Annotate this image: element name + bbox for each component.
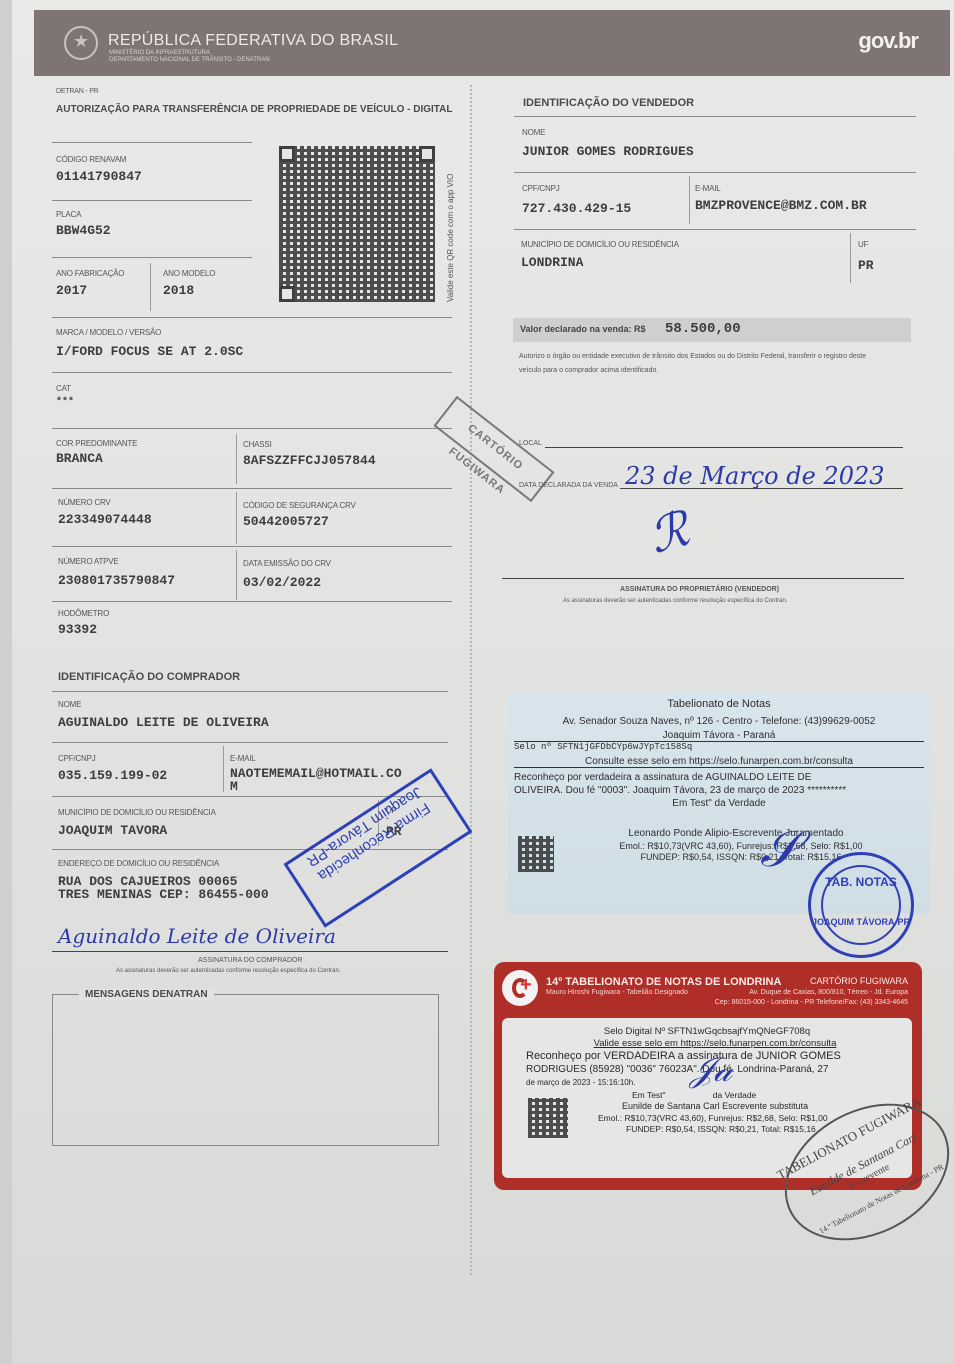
- chassi-value: 8AFSZZFFCJJ057844: [243, 453, 376, 468]
- cat-value: ***: [56, 397, 74, 408]
- mensagens-denatran-box: MENSAGENS DENATRAN: [52, 994, 439, 1146]
- seller-name-value: JUNIOR GOMES RODRIGUES: [522, 144, 694, 159]
- notary1-name: Tabelionato de Notas: [514, 698, 924, 710]
- hodometro-label: HODÔMETRO: [58, 609, 109, 618]
- notary1-qr-code[interactable]: [518, 836, 554, 872]
- buyer-endereco-label: ENDEREÇO DE DOMICÍLIO OU RESIDÊNCIA: [58, 859, 219, 868]
- valor-value: 58.500,00: [665, 321, 741, 337]
- divider: [52, 372, 452, 373]
- ano-modelo-value: 2018: [163, 283, 194, 298]
- ano-fabricacao-value: 2017: [56, 283, 87, 298]
- chassi-label: CHASSI: [243, 440, 272, 449]
- coat-of-arms-icon: [64, 26, 98, 60]
- buyer-endereco-line2: TRES MENINAS CEP: 86455-000: [58, 887, 269, 902]
- department-label: DEPARTAMENTO NACIONAL DE TRÂNSITO - DENA…: [109, 57, 270, 64]
- buyer-email-label: E-MAIL: [230, 754, 255, 763]
- renavam-label: CÓDIGO RENAVAM: [56, 155, 126, 164]
- cat-label: CAT: [56, 384, 71, 393]
- divider: [236, 492, 237, 544]
- ministry-label: MINISTÉRIO DA INFRAESTRUTURA: [109, 50, 270, 57]
- seller-cpf-label: CPF/CNPJ: [522, 184, 560, 193]
- cor-value: BRANCA: [56, 451, 103, 466]
- issuer-label: DETRAN - PR: [56, 88, 99, 95]
- notary2-qr-code[interactable]: [528, 1098, 568, 1138]
- notary2-text2: RODRIGUES (85928) "0036" 76023A". Dou fé…: [526, 1064, 829, 1075]
- notary2-text3: de março de 2023 - 15:16:10h.: [526, 1078, 635, 1087]
- cor-label: COR PREDOMINANTE: [56, 439, 137, 448]
- gov-header: REPÚBLICA FEDERATIVA DO BRASIL MINISTÉRI…: [34, 10, 950, 76]
- header-subtitle: MINISTÉRIO DA INFRAESTRUTURA DEPARTAMENT…: [109, 50, 270, 64]
- notary1-text2: OLIVEIRA. Dou fé "0003". Joaquim Távora,…: [514, 785, 924, 796]
- round-stamp-bottom: JOAQUIM TÁVORA-PR: [811, 917, 911, 927]
- tab-notas-round-stamp: TAB. NOTAS JOAQUIM TÁVORA-PR: [808, 852, 914, 958]
- divider: [52, 546, 452, 547]
- divider: [52, 691, 448, 692]
- hodometro-value: 93392: [58, 622, 97, 637]
- notary2-signature: 𝒥𝒶: [690, 1050, 732, 1090]
- buyer-signature: Aguinaldo Leite de Oliveira: [58, 924, 336, 948]
- round-stamp-top: TAB. NOTAS: [811, 875, 911, 889]
- ano-fabricacao-label: ANO FABRICAÇÃO: [56, 269, 124, 278]
- notary2-brand: CARTÓRIO FUGIWARA: [810, 976, 908, 986]
- divider: [150, 263, 151, 311]
- data-emissao-value: 03/02/2022: [243, 575, 321, 590]
- column-divider: [470, 85, 472, 1275]
- buyer-email-value: NAOTEMEMAIL@HOTMAIL.CO: [230, 766, 402, 781]
- notary1-city: Joaquim Távora - Paraná: [514, 730, 924, 742]
- local-label: LOCAL: [519, 440, 542, 447]
- seller-signature-note: As assinaturas deverão ser autenticadas …: [563, 598, 787, 604]
- notary2-consulta[interactable]: Valide esse selo em https://selo.funarpe…: [526, 1038, 904, 1049]
- notary2-address1: Av. Duque de Caxias, 800/810, Térreo - J…: [749, 989, 908, 996]
- divider: [52, 428, 452, 429]
- notary1-address: Av. Senador Souza Naves, nº 126 - Centro…: [514, 716, 924, 727]
- seller-email-value: BMZPROVENCE@BMZ.COM.BR: [695, 198, 867, 213]
- notary2-fees2: FUNDEP: R$0,54, ISSQN: R$0,21, Total: R$…: [626, 1124, 816, 1134]
- divider: [223, 746, 224, 792]
- valor-label: Valor declarado na venda: R$: [520, 324, 646, 334]
- notary2-logo-icon: [502, 970, 538, 1006]
- local-line: [545, 447, 903, 448]
- codigo-seguranca-label: CÓDIGO DE SEGURANÇA CRV: [243, 501, 356, 510]
- divider: [52, 742, 448, 743]
- data-venda-handwritten: 23 de Março de 2023: [625, 462, 885, 490]
- notary2-text1: Reconheço por VERDADEIRA a assinatura de…: [526, 1050, 841, 1062]
- buyer-name-label: NOME: [58, 700, 81, 709]
- seller-uf-label: UF: [858, 240, 868, 249]
- seller-section-title: IDENTIFICAÇÃO DO VENDEDOR: [523, 97, 694, 109]
- notary2-contact: CARTÓRIO FUGIWARA Av. Duque de Caxias, 8…: [715, 976, 908, 1008]
- divider: [52, 142, 252, 143]
- placa-label: PLACA: [56, 210, 81, 219]
- divider: [52, 200, 252, 201]
- divider: [236, 550, 237, 600]
- header-title: REPÚBLICA FEDERATIVA DO BRASIL: [108, 32, 398, 50]
- codigo-seguranca-value: 50442005727: [243, 514, 329, 529]
- placa-value: BBW4G52: [56, 223, 111, 238]
- divider: [236, 434, 237, 484]
- buyer-municipio-value: JOAQUIM TAVORA: [58, 823, 167, 838]
- buyer-cpf-label: CPF/CNPJ: [58, 754, 96, 763]
- notary2-subtitle: Mauro Hiroshi Fugiwara - Tabelião Design…: [546, 989, 688, 996]
- notary1-consulta[interactable]: Consulte esse selo em https://selo.funar…: [514, 756, 924, 768]
- numero-crv-value: 223349074448: [58, 512, 152, 527]
- notary1-clerk: Leonardo Ponde Alipio-Escrevente Juramen…: [548, 828, 924, 839]
- divider: [514, 172, 916, 173]
- buyer-signature-line: [52, 951, 448, 952]
- marca-label: MARCA / MODELO / VERSÃO: [56, 328, 161, 337]
- divider: [52, 257, 252, 258]
- numero-atpve-label: NÚMERO ATPVe: [58, 557, 119, 566]
- seller-name-label: NOME: [522, 128, 545, 137]
- buyer-signature-note: As assinaturas deverão ser autenticadas …: [116, 968, 340, 974]
- seller-email-label: E-MAIL: [695, 184, 720, 193]
- notary2-clerk: Eunilde de Santana Carl Escrevente subst…: [622, 1101, 808, 1111]
- seller-signature-line: [502, 578, 904, 579]
- data-emissao-label: DATA EMISSÃO DO CRV: [243, 559, 331, 568]
- notary2-selo: Selo Digital Nº SFTN1wGqcbsajfYmQNeGF708…: [502, 1026, 912, 1037]
- document-title: AUTORIZAÇÃO PARA TRANSFERÊNCIA DE PROPRI…: [56, 104, 453, 115]
- divider: [514, 116, 916, 117]
- ano-modelo-label: ANO MODELO: [163, 269, 215, 278]
- numero-crv-label: NÚMERO CRV: [58, 498, 111, 507]
- seller-municipio-label: MUNICÍPIO DE DOMICÍLIO OU RESIDÊNCIA: [521, 240, 679, 249]
- divider: [52, 601, 452, 602]
- qr-caption: Valide este QR code com o app VIO: [446, 174, 455, 302]
- notary1-text3: Em Test" da Verdade: [514, 798, 924, 809]
- vehicle-qr-code[interactable]: [279, 146, 435, 302]
- seller-signature-label: ASSINATURA DO PROPRIETÁRIO (VENDEDOR): [620, 586, 779, 593]
- divider: [52, 317, 452, 318]
- divider: [514, 229, 916, 230]
- buyer-signature-label: ASSINATURA DO COMPRADOR: [198, 957, 303, 964]
- buyer-name-value: AGUINALDO LEITE DE OLIVEIRA: [58, 715, 269, 730]
- divider: [689, 176, 690, 224]
- data-venda-label: DATA DECLARADA DA VENDA: [519, 482, 618, 489]
- buyer-cpf-value: 035.159.199-02: [58, 768, 167, 783]
- buyer-municipio-label: MUNICÍPIO DE DOMICÍLIO OU RESIDÊNCIA: [58, 808, 216, 817]
- govbr-logo: gov.br: [858, 28, 918, 54]
- buyer-email-value-wrap: M: [230, 779, 238, 794]
- notary1-text1: Reconheço por verdadeira a assinatura de…: [514, 772, 924, 783]
- renavam-value: 01141790847: [56, 169, 142, 184]
- divider: [850, 233, 851, 283]
- autorizacao-text: Autorizo o órgão ou entidade executivo d…: [519, 350, 879, 378]
- notary1-selo: Selo nº SFTN1jGFDbCYp6wJYpTc158Sq: [514, 742, 924, 752]
- seller-municipio-value: LONDRINA: [521, 255, 583, 270]
- buyer-section-title: IDENTIFICAÇÃO DO COMPRADOR: [58, 671, 240, 683]
- divider: [52, 488, 452, 489]
- notary2-fees1: Emol.: R$10,73(VRC 43,60), Funrejus: R$2…: [598, 1113, 828, 1123]
- notary2-address2: Cep: 86015-000 - Londrina - PR Telefone/…: [715, 999, 908, 1006]
- numero-atpve-value: 230801735790847: [58, 573, 175, 588]
- mensagens-title: MENSAGENS DENATRAN: [79, 989, 214, 1000]
- notary2-text4: Em Test" da Verdade: [632, 1090, 756, 1100]
- notary1-fees1: Emol.: R$10,73(VRC 43,60), Funrejus: R$2…: [558, 841, 924, 851]
- seller-cpf-value: 727.430.429-15: [522, 201, 631, 216]
- seller-uf-value: PR: [858, 258, 874, 273]
- notary1-signature: 𝒮: [760, 820, 799, 879]
- marca-value: I/FORD FOCUS SE AT 2.0SC: [56, 344, 243, 359]
